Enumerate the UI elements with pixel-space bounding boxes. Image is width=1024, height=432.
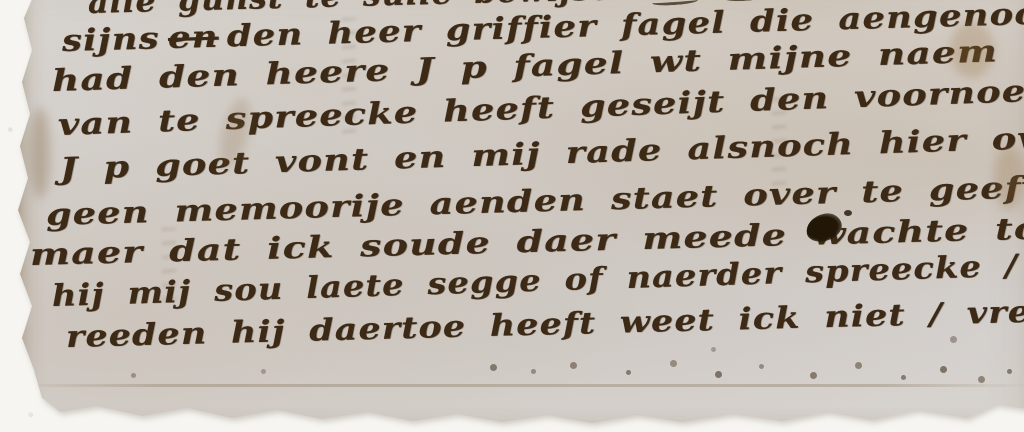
paper-stain: [30, 108, 50, 198]
paper-drop-shadow: alle gunst te sulle bewijse de hem sijns…: [0, 0, 1024, 432]
paper-sheet: alle gunst te sulle bewijse de hem sijns…: [12, 0, 1024, 432]
manuscript-scan: alle gunst te sulle bewijse de hem sijns…: [0, 0, 1024, 432]
fold-crease: [12, 384, 1024, 387]
ink-blot-splash: [844, 210, 852, 216]
crossed-out-word: en: [167, 20, 219, 56]
line-2-pre: sijns: [61, 21, 160, 59]
cutoff-text-fragment: [790, 0, 842, 1]
paper-stain: [950, 22, 994, 78]
paper-stain: [994, 146, 1024, 210]
